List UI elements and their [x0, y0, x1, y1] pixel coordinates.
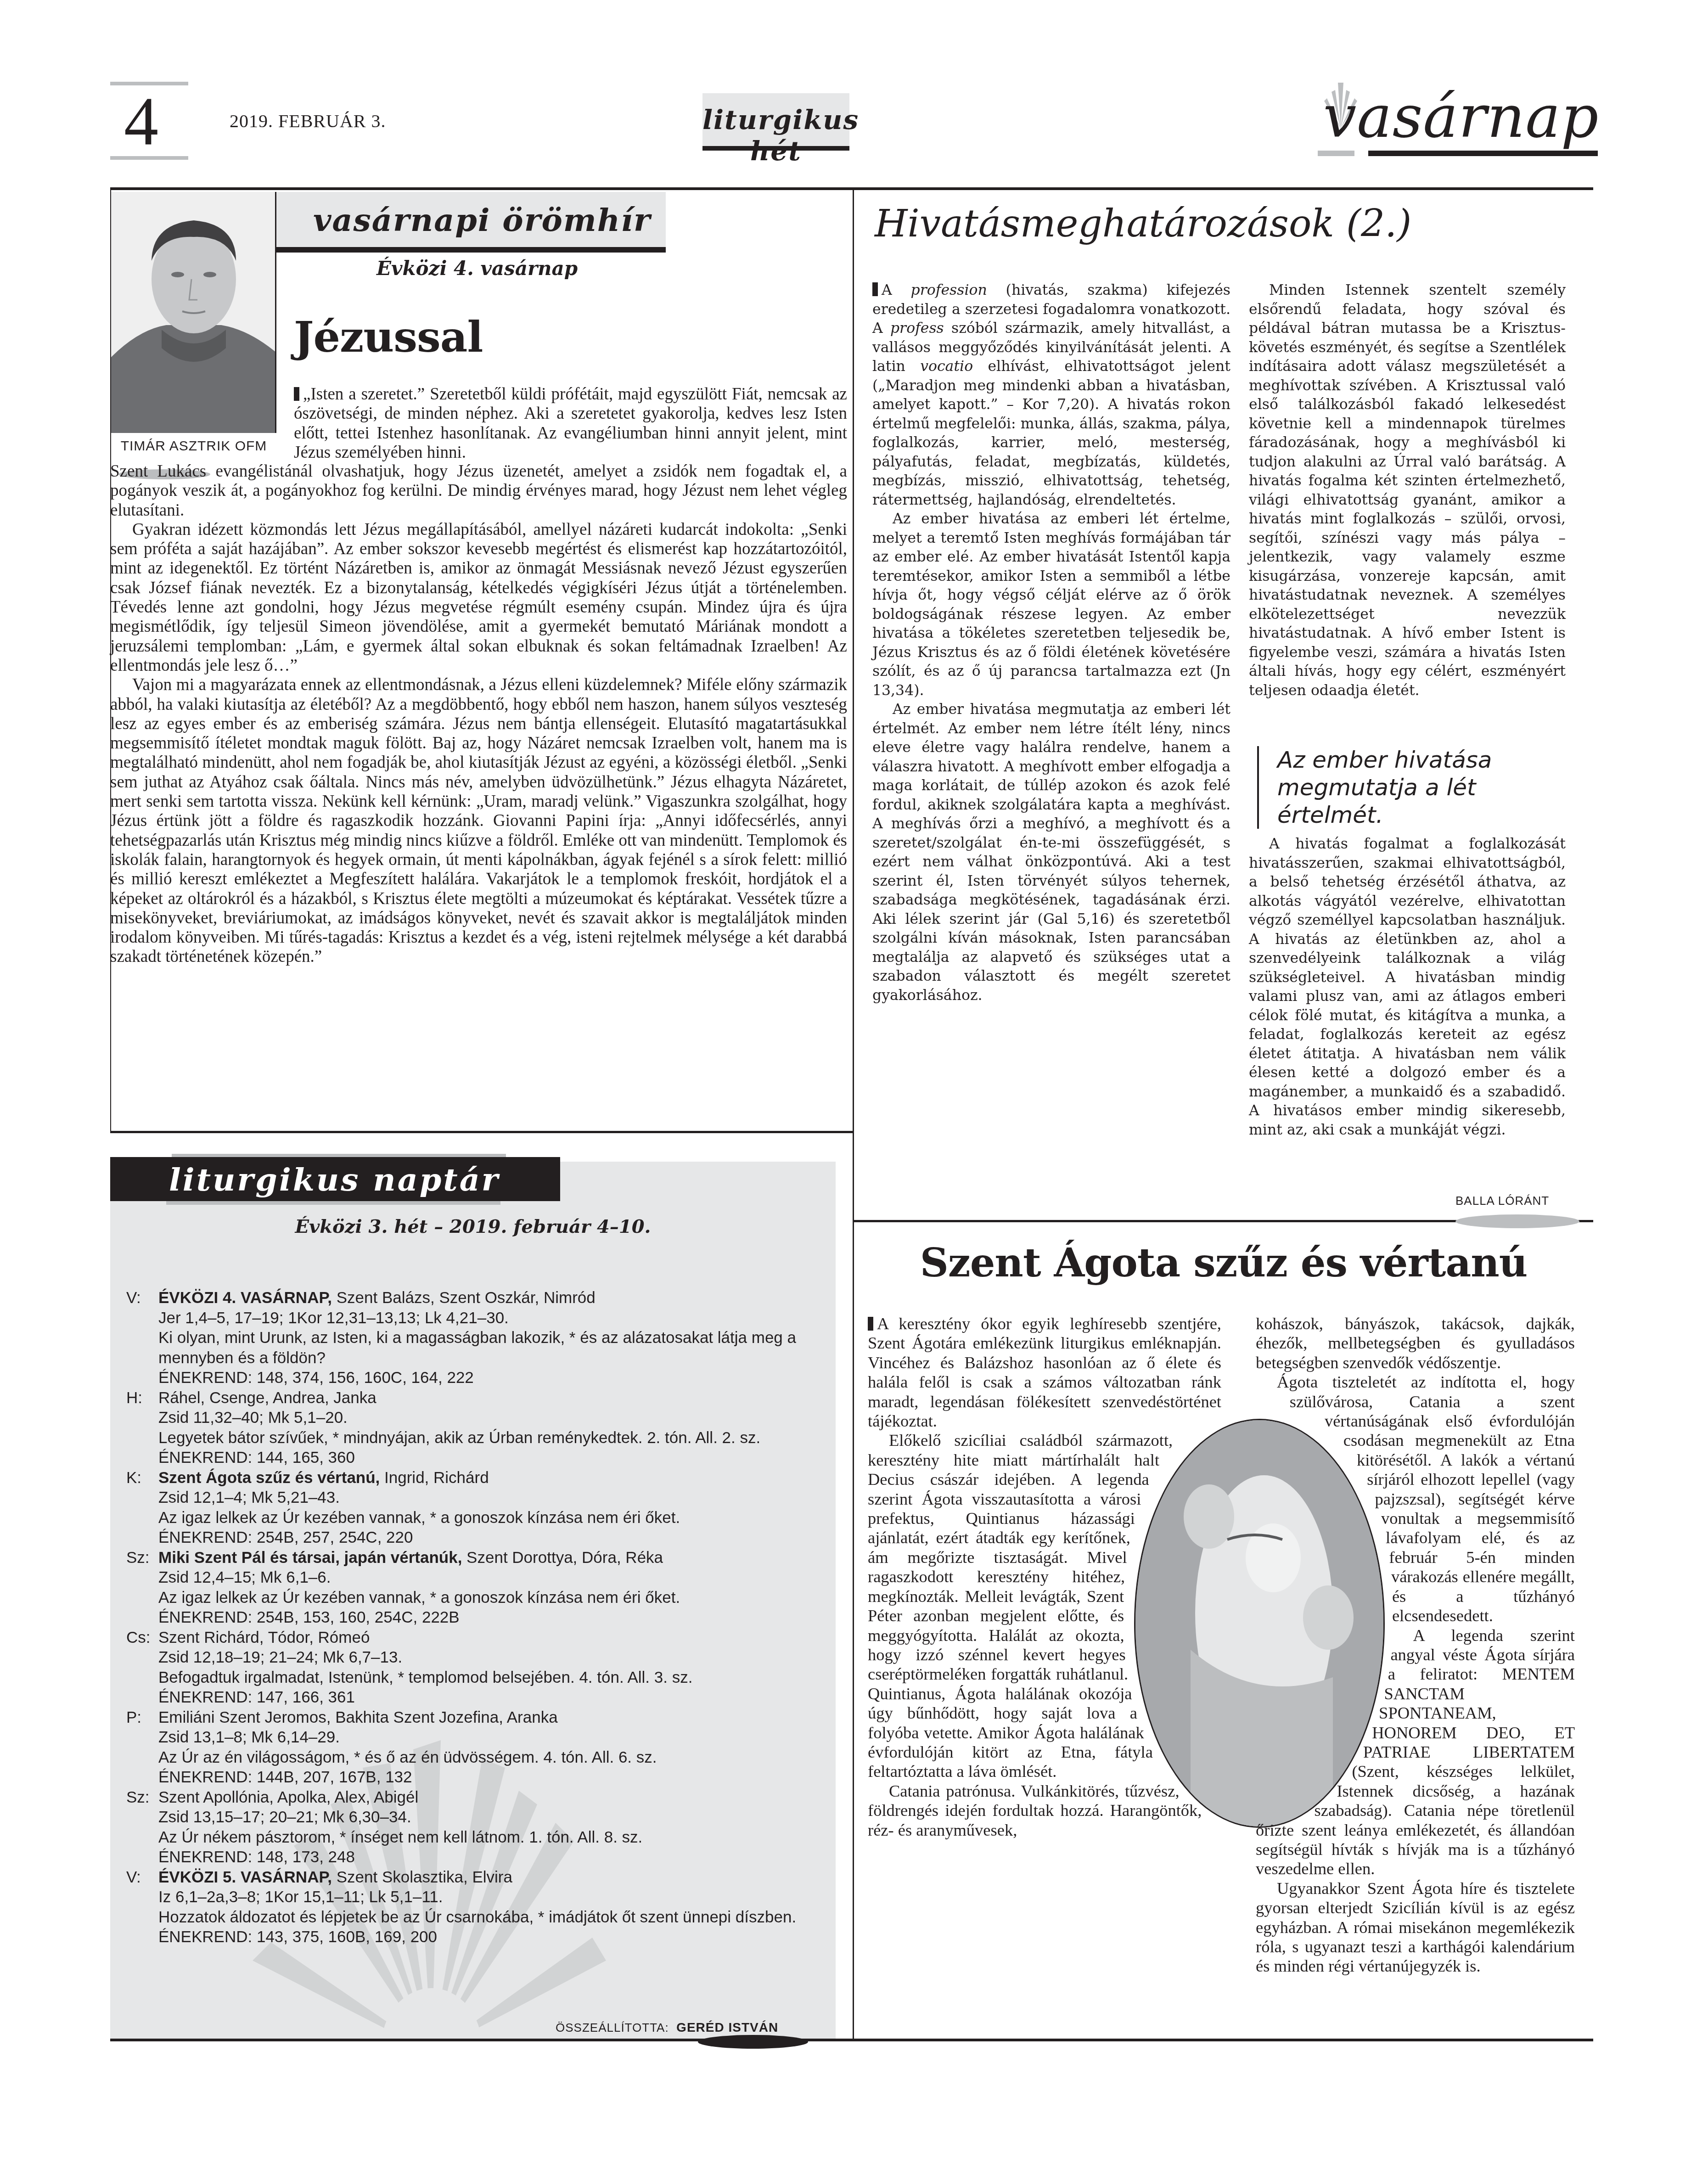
column-divider: [853, 190, 854, 2040]
rubric-text: liturgikus hét: [702, 104, 849, 167]
float-spacer: [1256, 1411, 1290, 1431]
float-spacer: [1256, 1586, 1391, 1606]
paragraph: A keresztény ókor egyik leghíresebb szen…: [868, 1314, 1221, 1431]
portrait-image: [111, 192, 276, 433]
day-letter: K:: [126, 1468, 158, 1548]
calendar-week: Évközi 3. hét – 2019. február 4–10.: [110, 1216, 836, 1237]
pull-quote: Az ember hivatása megmutatja a lét értel…: [1257, 746, 1580, 829]
section-title: liturgikus naptár: [169, 1162, 500, 1198]
article-column: kohászok, bányászok, takácsok, dajkák, é…: [1256, 1314, 1575, 2054]
paragraph-marker: [868, 1317, 873, 1331]
paragraph: Az ember hivatása megmutatja az emberi l…: [872, 700, 1230, 1005]
article-column: A hivatás fogalmat a foglalkozását hivat…: [1249, 835, 1566, 1140]
float-spacer: [1135, 1528, 1221, 1547]
float-spacer: [1149, 1489, 1221, 1509]
float-spacer: [1256, 1723, 1372, 1742]
float-spacer: [1256, 1509, 1375, 1528]
article-author: BALLA LÓRÁNT: [1455, 1194, 1549, 1208]
antiphon: Az Úr nékem pásztorom, * ínséget nem kel…: [158, 1827, 642, 1848]
credit-ornament: [698, 2035, 808, 2049]
hymn-list: ÉNEKREND: 144, 165, 360: [158, 1449, 355, 1467]
logo-wordmark: vasárnap: [1323, 83, 1599, 152]
saint-names: Szent Richárd, Tódor, Rómeó: [158, 1629, 370, 1646]
float-spacer: [1124, 1606, 1221, 1625]
float-spacer: [1173, 1450, 1221, 1470]
author-caption: TIMÁR ASZTRIK OFM: [111, 438, 276, 454]
float-spacer: [1256, 1470, 1357, 1489]
float-spacer: [1132, 1684, 1221, 1703]
calendar-day: Sz: Szent Apollónia, Apolka, Alex, Abigé…: [126, 1787, 824, 1867]
float-spacer: [1256, 1781, 1337, 1800]
day-letter: Sz:: [126, 1787, 158, 1867]
antiphon: Az igaz lelkek az Úr kezében vannak, * a…: [158, 1588, 680, 1608]
feast-name: Miki Szent Pál és társai, japán vértanúk…: [158, 1549, 462, 1567]
feast-name: ÉVKÖZI 4. VASÁRNAP,: [158, 1289, 332, 1307]
hymn-list: ÉNEKREND: 147, 166, 361: [158, 1687, 692, 1708]
paragraph: Vajon mi a magyarázata ennek az ellentmo…: [110, 675, 847, 966]
logo-underline: [1368, 151, 1598, 156]
paragraph: Catania patrónusa. Vulkánkitörés, tűzvés…: [868, 1781, 1221, 1840]
float-spacer: [1256, 1450, 1343, 1470]
float-spacer: [1256, 1431, 1325, 1450]
antiphon: Befogadtuk irgalmadat, Istenünk, * templ…: [158, 1668, 692, 1688]
float-spacer: [1125, 1586, 1221, 1606]
saint-names: Ingrid, Richárd: [380, 1469, 489, 1487]
calendar-credit: ÖSSZEÁLLÍTOTTA: GERÉD ISTVÁN: [556, 2020, 778, 2035]
issue-date: 2019. FEBRUÁR 3.: [230, 110, 386, 132]
float-spacer: [1256, 1625, 1392, 1645]
paragraph: Minden Istennek szentelt személy elsőren…: [1249, 281, 1566, 700]
float-spacer: [1124, 1625, 1221, 1645]
float-spacer: [1202, 1801, 1221, 1820]
day-letter: V:: [126, 1867, 158, 1947]
day-letter: H:: [126, 1388, 158, 1468]
article-subtitle: Évközi 4. vasárnap: [376, 257, 578, 280]
paragraph: Ugyanakkor Szent Ágota híre és tisztelet…: [1256, 1879, 1575, 1976]
header-rule: [110, 187, 1593, 190]
hymn-list: ÉNEKREND: 148, 374, 156, 160C, 164, 222: [158, 1368, 824, 1388]
section-header-naptar: liturgikus naptár: [110, 1157, 560, 1201]
float-spacer: [1256, 1567, 1389, 1586]
float-spacer: [1256, 1645, 1390, 1664]
article-column: A keresztény ókor egyik leghíresebb szen…: [868, 1314, 1221, 2054]
paragraph: Az ember hivatása az emberi lét értelme,…: [872, 510, 1230, 700]
saint-names: Szent Skolasztika, Elvira: [332, 1868, 512, 1886]
antiphon: Ki olyan, mint Urunk, az Isten, ki a mag…: [158, 1328, 824, 1368]
float-spacer: [1256, 1762, 1352, 1781]
paragraph: A profession (hivatás, szakma) kifejezés…: [872, 281, 1230, 510]
paragraph: Gyakran idézett közmondás lett Jézus meg…: [110, 520, 847, 675]
hymn-list: ÉNEKREND: 148, 173, 248: [158, 1847, 642, 1867]
page-number: 4: [124, 87, 158, 156]
float-spacer: [1159, 1470, 1221, 1489]
readings: Zsid 11,32–40; Mk 5,1–20.: [158, 1408, 824, 1428]
newspaper-logo[interactable]: vasárnap: [1318, 78, 1598, 156]
calendar-day: P: Emiliáni Szent Jeromos, Bakhita Szent…: [126, 1708, 824, 1787]
antiphon: Legyetek bátor szívűek, * mindnyájan, ak…: [158, 1429, 760, 1447]
float-spacer: [1130, 1548, 1221, 1567]
logo-underline-gray: [1318, 151, 1354, 156]
calendar-list: V: ÉVKÖZI 4. VASÁRNAP, Szent Balázs, Sze…: [126, 1288, 824, 1947]
antiphon: Az igaz lelkek az Úr kezében vannak, * a…: [158, 1508, 680, 1528]
calendar-day: V: ÉVKÖZI 4. VASÁRNAP, Szent Balázs, Sze…: [126, 1288, 824, 1388]
day-letter: Cs:: [126, 1628, 158, 1708]
float-spacer: [1256, 1742, 1363, 1762]
paragraph: A hivatás fogalmat a foglalkozását hivat…: [1249, 835, 1566, 1140]
antiphon: Az Úr az én világosságom, * és ő az én ü…: [158, 1748, 657, 1768]
float-spacer: [1164, 1762, 1221, 1781]
article-title: Hivatásmeghatározások (2.): [875, 202, 1411, 246]
calendar-day: H: Ráhel, Csenge, Andrea, Janka Zsid 11,…: [126, 1388, 824, 1468]
readings: Zsid 12,18–19; 21–24; Mk 6,7–13.: [158, 1647, 692, 1668]
intro-text: „Isten a szeretet.” Szeretetből küldi pr…: [294, 385, 847, 462]
hymn-list: ÉNEKREND: 144B, 207, 167B, 132: [158, 1767, 657, 1787]
float-spacer: [1144, 1723, 1221, 1742]
calendar-day: K: Szent Ágota szűz és vértanú, Ingrid, …: [126, 1468, 824, 1548]
day-letter: P:: [126, 1708, 158, 1787]
saint-names: Szent Apollónia, Apolka, Alex, Abigél: [158, 1788, 418, 1806]
hymn-list: ÉNEKREND: 143, 375, 160B, 169, 200: [158, 1927, 796, 1947]
hymn-list: ÉNEKREND: 254B, 153, 160, 254C, 222B: [158, 1607, 680, 1628]
calendar-day: Cs: Szent Richárd, Tódor, Rómeó Zsid 12,…: [126, 1628, 824, 1708]
float-spacer: [1256, 1489, 1367, 1509]
float-spacer: [1127, 1567, 1221, 1586]
float-spacer: [1256, 1664, 1388, 1684]
article-title: Szent Ágota szűz és vértanú: [854, 1240, 1593, 1286]
float-spacer: [1256, 1703, 1379, 1723]
feast-name: Szent Ágota szűz és vértanú,: [158, 1469, 380, 1487]
float-spacer: [1256, 1548, 1386, 1567]
readings: Zsid 12,4–15; Mk 6,1–6.: [158, 1568, 680, 1588]
section-title: vasárnapi örömhír: [313, 202, 651, 239]
paragraph-marker: [872, 282, 878, 296]
credit-name: GERÉD ISTVÁN: [676, 2020, 778, 2034]
section-rule: [110, 1131, 853, 1133]
section-header-oromhir: vasárnapi örömhír: [276, 192, 666, 253]
paragraph: kohászok, bányászok, takácsok, dajkák, é…: [1256, 1314, 1575, 1372]
footer-rule: [110, 2039, 1593, 2041]
readings: Zsid 12,1–4; Mk 5,21–43.: [158, 1488, 680, 1508]
paragraph: Szent Lukács evangélistánál olvashatjuk,…: [110, 462, 847, 520]
paragraph-marker: [294, 387, 299, 401]
readings: Jer 1,4–5, 17–19; 1Kor 12,31–13,13; Lk 4…: [158, 1308, 824, 1328]
article-column: Minden Istennek szentelt személy elsőren…: [1249, 281, 1566, 700]
day-letter: Sz:: [126, 1548, 158, 1628]
float-spacer: [1128, 1664, 1221, 1684]
float-spacer: [1256, 1684, 1384, 1703]
article-title: Jézussal: [294, 312, 483, 362]
article-column: A profession (hivatás, szakma) kifejezés…: [872, 281, 1230, 1005]
float-spacer: [1256, 1801, 1315, 1820]
float-spacer: [1126, 1645, 1221, 1664]
credit-label: ÖSSZEÁLLÍTOTTA:: [556, 2021, 669, 2034]
article-body: Szent Lukács evangélistánál olvashatjuk,…: [110, 462, 847, 967]
hymn-list: ÉNEKREND: 254B, 257, 254C, 220: [158, 1528, 680, 1548]
float-spacer: [1256, 1606, 1392, 1625]
float-spacer: [1153, 1742, 1221, 1762]
readings: Zsid 13,1–8; Mk 6,14–29.: [158, 1727, 657, 1748]
calendar-day: V: ÉVKÖZI 5. VASÁRNAP, Szent Skolasztika…: [126, 1867, 824, 1947]
calendar-day: Sz: Miki Szent Pál és társai, japán vért…: [126, 1548, 824, 1628]
saint-names: Szent Balázs, Szent Oszkár, Nimród: [332, 1289, 596, 1307]
antiphon: Hozzatok áldozatot és lépjetek be az Úr …: [158, 1907, 796, 1927]
saint-names: Szent Dorottya, Dóra, Réka: [462, 1549, 663, 1567]
float-spacer: [1141, 1509, 1221, 1528]
article-intro: „Isten a szeretet.” Szeretetből küldi pr…: [294, 385, 847, 462]
readings: Iz 6,1–2a,3–8; 1Kor 15,1–11; Lk 5,1–11.: [158, 1887, 796, 1907]
author-photo: [111, 192, 276, 433]
page-number-bottom-bar: [110, 156, 188, 160]
float-spacer: [1191, 1431, 1221, 1450]
saint-names: Ráhel, Csenge, Andrea, Janka: [158, 1389, 376, 1407]
day-letter: V:: [126, 1288, 158, 1388]
rubric-label: liturgikus hét: [702, 93, 849, 151]
author-ornament: [1455, 1214, 1579, 1228]
float-spacer: [1180, 1781, 1221, 1800]
readings: Zsid 13,15–17; 20–21; Mk 6,30–34.: [158, 1807, 642, 1827]
feast-name: ÉVKÖZI 5. VASÁRNAP,: [158, 1868, 332, 1886]
float-spacer: [1137, 1703, 1221, 1723]
saint-names: Emiliáni Szent Jeromos, Bakhita Szent Jo…: [158, 1708, 558, 1726]
float-spacer: [1256, 1528, 1381, 1547]
